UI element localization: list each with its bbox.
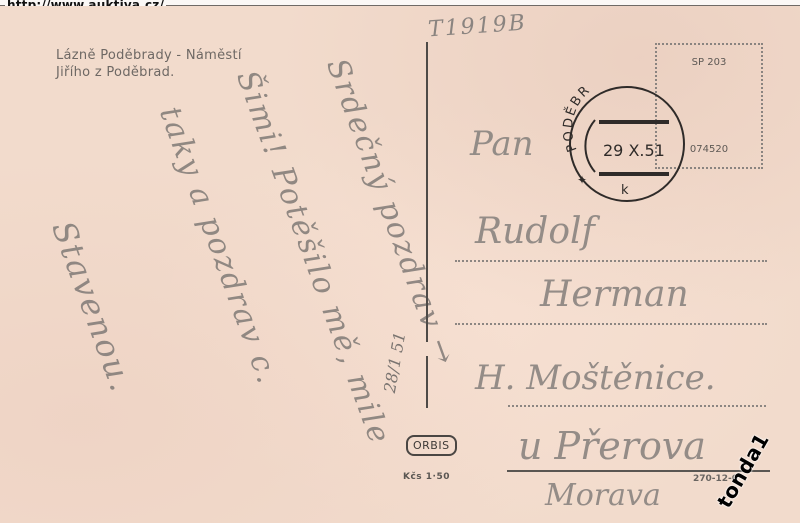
caption-line-1: Lázně Poděbrady - Náměstí — [56, 47, 242, 64]
address-dotted-line-1 — [455, 260, 767, 262]
svg-text:✦: ✦ — [577, 173, 587, 187]
postcard-back: Lázně Poděbrady - Náměstí Jiřího z Poděb… — [0, 6, 800, 523]
address-dotted-line-3 — [508, 405, 766, 407]
postmark-town: PODĚBR — [561, 82, 594, 154]
address-line-3: H. Moštěnice. — [475, 358, 716, 398]
caption-line-2: Jiřího z Poděbrad. — [56, 64, 242, 81]
address-line-2: Herman — [540, 274, 689, 315]
postmark-icon: PODĚBR 29 X.51 k ✦ — [555, 72, 685, 202]
price-label: Kčs 1·50 — [403, 472, 450, 482]
stamp-top-text: SP 203 — [657, 57, 761, 68]
address-line-5: Morava — [545, 478, 661, 513]
address-salutation: Pan — [470, 124, 534, 164]
address-dotted-line-2 — [455, 323, 767, 325]
publisher-logo: ORBIS — [406, 435, 457, 456]
inventory-number: T1919B — [427, 11, 527, 43]
postmark-letter: k — [621, 183, 629, 198]
message-column-4: Stavenou. — [44, 216, 141, 398]
center-divider-lower — [426, 356, 428, 408]
postcard-caption: Lázně Poděbrady - Náměstí Jiřího z Poděb… — [56, 47, 242, 81]
address-line-4: u Přerova — [518, 424, 706, 468]
svg-text:PODĚBR: PODĚBR — [561, 82, 594, 154]
pencil-note: 28/1 51 — [380, 331, 409, 395]
postmark-date: 29 X.51 — [603, 141, 665, 160]
address-line-1: Rudolf — [475, 211, 595, 252]
center-divider-upper — [426, 42, 428, 342]
